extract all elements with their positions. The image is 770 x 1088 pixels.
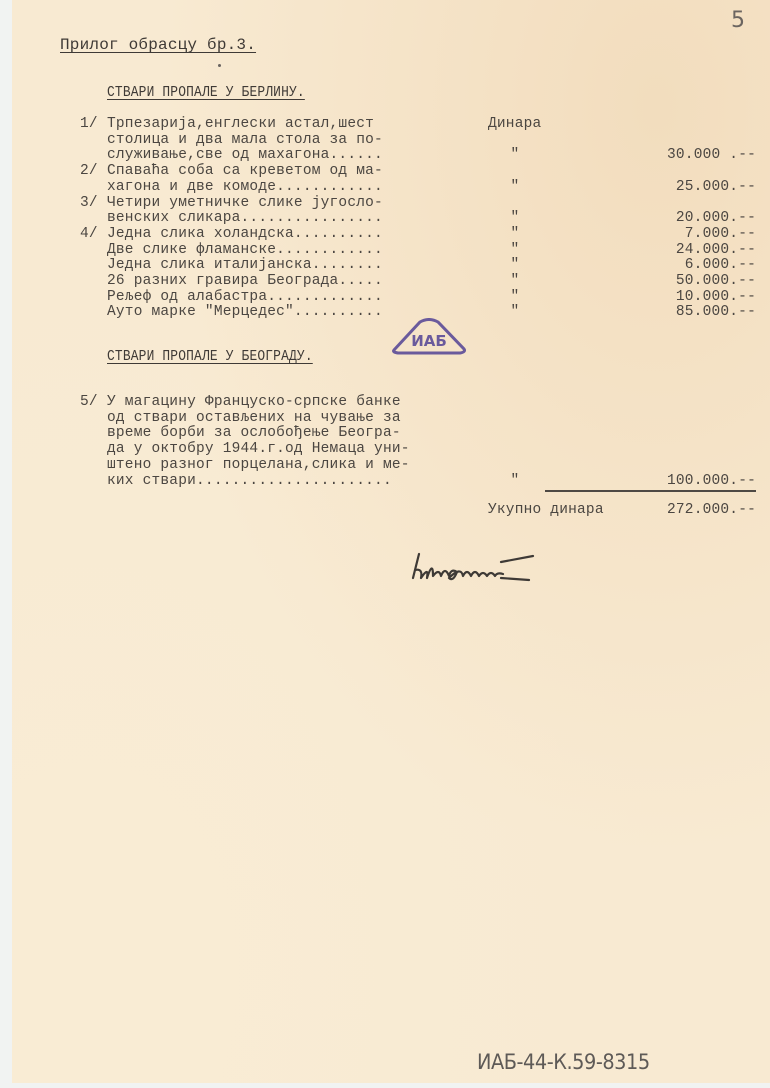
sum-rule [545,490,756,492]
item-amount: 24.000.-- [636,243,756,259]
total-label: Укупно динара [488,503,604,519]
ditto-mark: " [505,290,525,306]
section-heading-belgrade: СТВАРИ ПРОПАЛЕ У БЕОГРАДУ. [107,349,313,365]
item-amount: 100.000.-- [636,474,756,490]
item-amount: 6.000.-- [636,258,756,274]
section-heading-berlin: СТВАРИ ПРОПАЛЕ У БЕРЛИНУ. [107,85,305,101]
ditto-mark: " [505,258,525,274]
item-amount: 10.000.-- [636,290,756,306]
ditto-mark: " [505,211,525,227]
ditto-mark: " [505,148,525,164]
item-description-line: Ауто марке "Мерцедес".......... [107,305,383,321]
item-description-line: штено разног порцелана,слика и ме- [107,458,410,474]
attachment-title: Прилог обрасцу бр.3. [60,38,256,54]
item-number: 2/ [80,164,98,180]
signature-stroke-icon [413,554,533,580]
item-description-line: Једна слика италијанска........ [107,258,383,274]
item-description-line: Једна слика холандска.......... [107,227,383,243]
item-description-line: хагона и две комоде............ [107,180,383,196]
item-amount: 7.000.-- [636,227,756,243]
archive-reference: ИАБ-44-К.59-8315 [477,1050,650,1074]
item-description-line: венских сликара................ [107,211,383,227]
item-number: 4/ [80,227,98,243]
item-amount: 20.000.-- [636,211,756,227]
item-amount: 30.000 .-- [636,148,756,164]
ink-dot [218,64,221,67]
item-description-line: У магацину Француско-српске банке [107,395,401,411]
item-description-line: Рељеф од алабастра............. [107,290,383,306]
item-description-line: Спаваћа соба са креветом од ма- [107,164,383,180]
item-description-line: 26 разних гравира Београда..... [107,274,383,290]
item-description-line: столица и два мала стола за по- [107,133,383,149]
ditto-mark: " [505,274,525,290]
ditto-mark: " [505,243,525,259]
ditto-mark: " [505,474,525,490]
item-description-line: време борби за ослобођење Београ- [107,426,401,442]
item-amount: 50.000.-- [636,274,756,290]
stamp-text: ИАБ [411,332,447,350]
signature [405,548,565,588]
item-description-line: служивање,све од махагона...... [107,148,383,164]
item-description-line: Две слике фламанске............ [107,243,383,259]
page-number: 5 [731,8,745,33]
archive-stamp: ИАБ [390,318,468,356]
ditto-mark: " [505,180,525,196]
item-description-line: да у октобру 1944.г.од Немаца уни- [107,442,410,458]
item-description-line: ких ствари...................... [107,474,392,490]
item-number: 5/ [80,395,98,411]
item-description-line: Трпезарија,енглески астал,шест [107,117,374,133]
item-number: 3/ [80,196,98,212]
currency-column-header: Динара [488,117,541,133]
item-amount: 85.000.-- [636,305,756,321]
total-amount: 272.000.-- [636,503,756,519]
item-amount: 25.000.-- [636,180,756,196]
ditto-mark: " [505,305,525,321]
item-description-line: Четири уметничке слике југосло- [107,196,383,212]
ditto-mark: " [505,227,525,243]
item-number: 1/ [80,117,98,133]
